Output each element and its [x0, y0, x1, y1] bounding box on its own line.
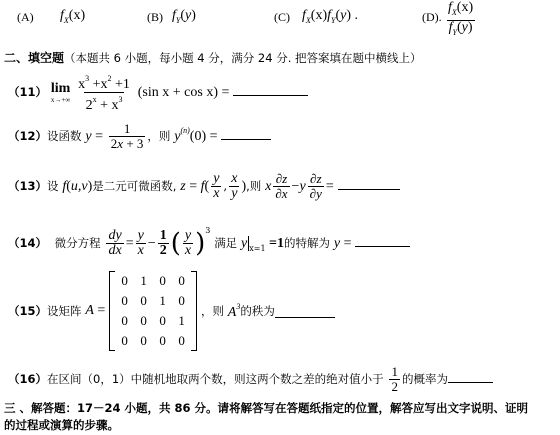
q13-text2: 是二元可微函数, — [92, 179, 176, 193]
fraction: 1 2x + 3 — [109, 122, 146, 151]
fraction: x3 +x2 +1 2x + x3 — [76, 72, 132, 113]
question-15: （15）设矩阵 A = 0100 0010 0001 0000 ，则 A3的秩为 — [8, 271, 335, 351]
answer-blank[interactable] — [221, 127, 271, 140]
choice-c-expr: fX(x)fY(y) . — [302, 8, 358, 25]
choice-b-expr: fY(y) — [172, 8, 196, 25]
q15-text2: ，则 — [201, 304, 224, 318]
q15-text1: 设矩阵 — [47, 304, 82, 318]
answer-blank[interactable] — [233, 83, 308, 96]
q15-text3: 的秩为 — [240, 304, 275, 318]
choice-d-label: (D). — [422, 10, 442, 25]
q14-text1: 微分方程 — [55, 236, 101, 250]
section2-title: 二、填空题 — [4, 51, 64, 65]
q13-text1: 设 — [47, 179, 59, 193]
choice-b-label: (B) — [147, 10, 163, 25]
question-13: （13）设 f(u,v)是二元可微函数, z = f(yx,xy),则 x∂z∂… — [8, 172, 400, 201]
q14-text2: 满足 — [214, 236, 237, 250]
choice-a-expr: fX(x) — [60, 8, 85, 25]
question-12: （12）设函数 y = 1 2x + 3 ，则 y(n)(0) = — [8, 122, 271, 151]
q16-tail: 的概率为 — [402, 372, 448, 386]
section3-line2: 的过程或演算的步骤。 — [4, 417, 119, 433]
answer-blank[interactable] — [275, 305, 335, 318]
q16-text: 在区间（0，1）中随机地取两个数，则这两个数之差的绝对值小于 — [47, 372, 384, 386]
q12-text: 设函数 — [47, 129, 82, 143]
question-number: （16） — [8, 372, 47, 386]
question-number: （14） — [8, 236, 47, 250]
answer-blank[interactable] — [355, 234, 410, 247]
q14-text3: 的特解为 — [284, 236, 330, 250]
question-14: （14） 微分方程 dydx=yx−12(yx)3 满足 yx=1 =1的特解为… — [8, 226, 410, 259]
section2-note: （本题共 6 小题，每小题 4 分，满分 24 分. 把答案填在题中横线上） — [64, 51, 422, 65]
choice-d-expr: fX(x)fY(y) — [444, 1, 477, 40]
section3-line1: 三 、解答题：17－24 小题，共 86 分。请将解答写在答题纸指定的位置，解答… — [4, 400, 528, 416]
question-number: （11） — [8, 85, 47, 99]
question-11: （11） lim x→+∞ x3 +x2 +1 2x + x3 (sin x +… — [8, 72, 308, 113]
question-16: （16）在区间（0，1）中随机地取两个数，则这两个数之差的绝对值小于 12的概率… — [8, 365, 493, 394]
lim-sub: x→+∞ — [51, 96, 70, 104]
answer-blank[interactable] — [448, 370, 493, 383]
choice-c-label: (C) — [274, 10, 290, 25]
answer-blank[interactable] — [338, 177, 400, 190]
question-number: （13） — [8, 179, 47, 193]
question-number: （15） — [8, 304, 47, 318]
question-number: （12） — [8, 129, 47, 143]
q12-text2: ，则 — [147, 129, 170, 143]
section2-header: 二、填空题（本题共 6 小题，每小题 4 分，满分 24 分. 把答案填在题中横… — [4, 49, 422, 66]
lim: lim — [51, 82, 70, 96]
matrix-a: 0100 0010 0001 0000 — [109, 271, 197, 351]
choice-a-label: (A) — [17, 10, 34, 25]
